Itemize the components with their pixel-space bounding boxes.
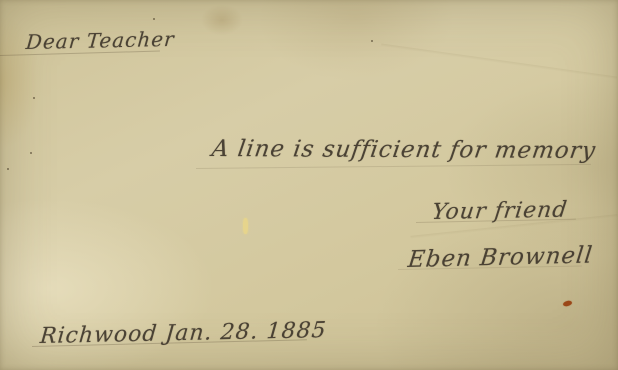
- paper-speck: [153, 18, 155, 20]
- greeting-text: Dear Teacher: [25, 27, 176, 54]
- place-date-text: Richwood Jan. 28. 1885: [39, 318, 328, 349]
- paper-crease: [381, 43, 617, 79]
- signature-text: Eben Brownell: [406, 242, 594, 273]
- paper-speck: [7, 168, 9, 170]
- paper-scratch: [243, 218, 248, 234]
- handwritten-note-scan: Dear Teacher A line is sufficient for me…: [0, 0, 618, 370]
- pencil-guide-line: [196, 164, 591, 169]
- paper-speck: [33, 97, 35, 99]
- sentiment-line-text: A line is sufficient for memory: [210, 136, 598, 164]
- closing-text: Your friend: [430, 198, 569, 225]
- paper-speck: [371, 40, 373, 42]
- paper-speck: [30, 152, 32, 154]
- rust-speck: [563, 300, 573, 307]
